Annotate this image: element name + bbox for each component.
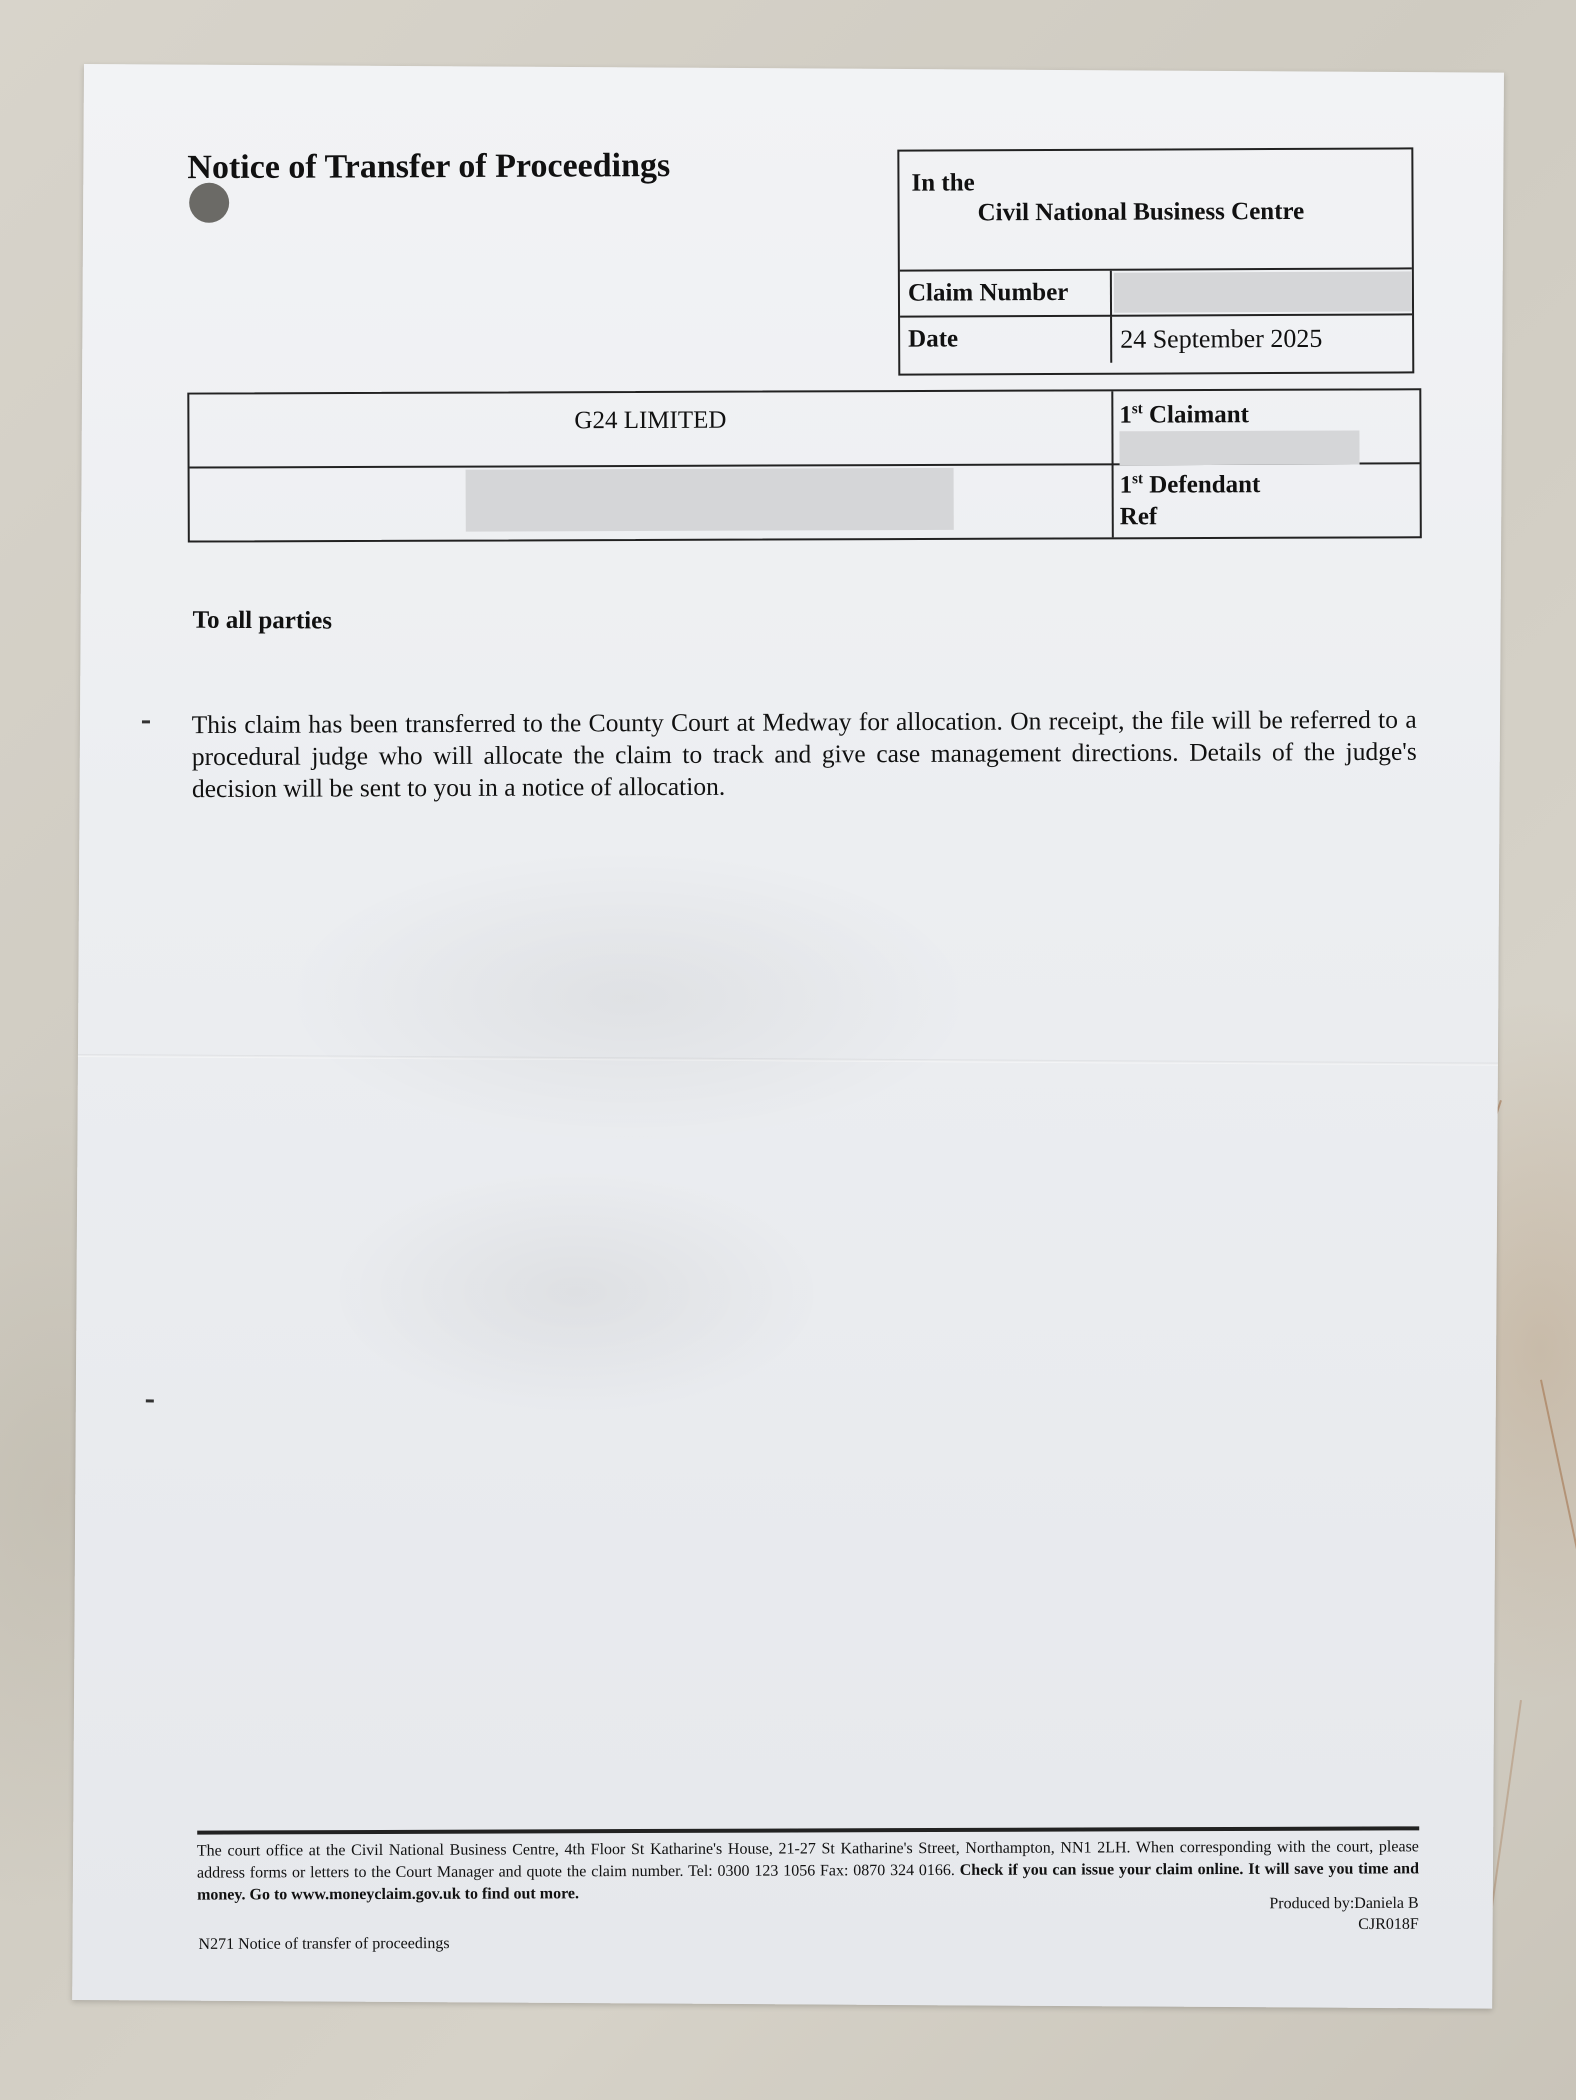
document-page: Notice of Transfer of Proceedings In the… xyxy=(72,64,1504,2009)
defendant-role: 1st Defendant xyxy=(1120,471,1261,500)
claimant-name: G24 LIMITED xyxy=(189,405,1111,436)
produced-by: Produced by:Daniela B CJR018F xyxy=(1123,1893,1419,1936)
claimant-role-label: Claimant xyxy=(1149,401,1249,428)
claim-number-cell xyxy=(1110,269,1412,316)
defendant-role-label: Defendant xyxy=(1149,471,1260,498)
paper-crease xyxy=(326,1166,828,1419)
produced-by-name: Produced by:Daniela B xyxy=(1123,1893,1419,1915)
defendant-ordinal-suffix: st xyxy=(1132,471,1143,487)
margin-mark xyxy=(146,1399,154,1402)
punch-hole xyxy=(189,183,229,223)
footer-rule xyxy=(197,1826,1419,1834)
claim-number-label: Claim Number xyxy=(908,279,1069,308)
form-code: N271 Notice of transfer of proceedings xyxy=(198,1935,449,1954)
margin-mark xyxy=(142,720,150,723)
defendant-ordinal: 1 xyxy=(1120,472,1133,499)
marble-vein xyxy=(1540,1380,1576,1635)
date-value: 24 September 2025 xyxy=(1120,324,1322,355)
claim-number-row: Claim Number xyxy=(900,267,1412,317)
date-label: Date xyxy=(908,325,958,353)
court-name: Civil National Business Centre xyxy=(978,198,1305,227)
parties-column-divider xyxy=(1111,391,1114,537)
produced-by-code: CJR018F xyxy=(1123,1914,1419,1936)
document-title: Notice of Transfer of Proceedings xyxy=(187,147,670,187)
date-row: Date 24 September 2025 xyxy=(900,313,1412,363)
court-info-box: In the Civil National Business Centre Cl… xyxy=(897,147,1414,375)
parties-table: G24 LIMITED 1st Claimant 1st Defendant R… xyxy=(187,388,1422,542)
claimant-ordinal-suffix: st xyxy=(1132,401,1143,417)
in-the-label: In the xyxy=(911,169,974,197)
body-paragraph: This claim has been transferred to the C… xyxy=(192,703,1417,804)
redacted-claimant-detail xyxy=(1119,430,1359,465)
date-cell: 24 September 2025 xyxy=(1110,315,1412,362)
claimant-role: 1st Claimant xyxy=(1119,401,1249,430)
redacted-defendant-name xyxy=(466,468,954,532)
paper-crease xyxy=(277,845,979,1149)
redacted-claim-number xyxy=(1114,271,1412,312)
claimant-ordinal: 1 xyxy=(1119,402,1132,429)
ref-label: Ref xyxy=(1120,503,1158,531)
salutation: To all parties xyxy=(193,607,333,636)
